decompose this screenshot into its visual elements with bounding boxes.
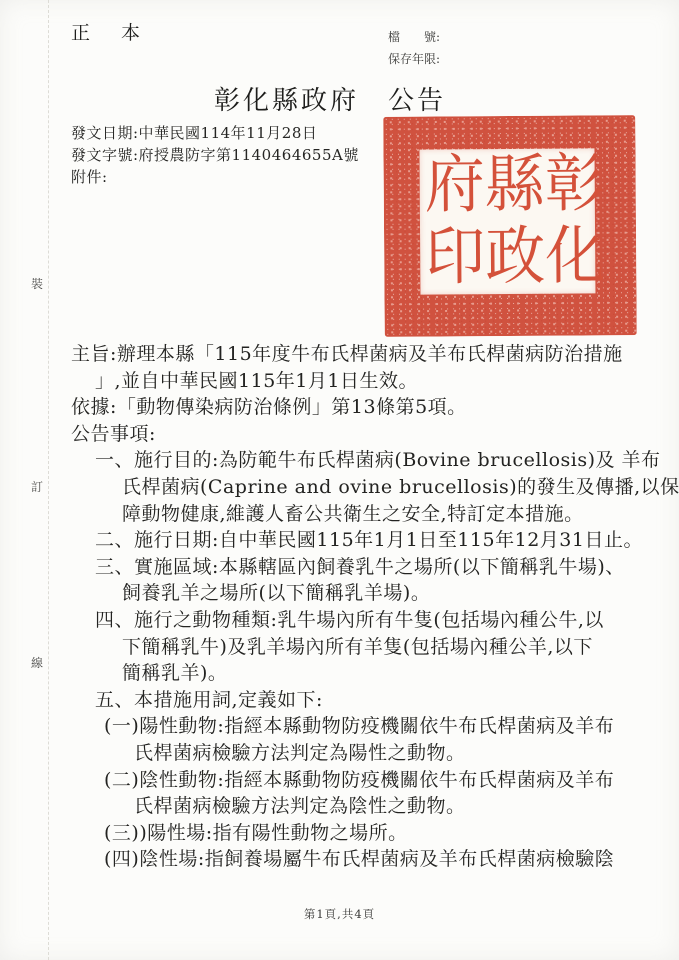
binding-mark-xian: 線 — [31, 657, 45, 669]
announcement-body: 主旨:辦理本縣「115年度牛布氏桿菌病及羊布氏桿菌病防治措施 」,並自中華民國1… — [71, 341, 656, 873]
body-line: 五、本措施用詞,定義如下: — [95, 687, 656, 714]
body-line: 」,並自中華民國115年1月1日生效。 — [95, 368, 656, 395]
body-line: 一、施行目的:為防範牛布氏桿菌病(Bovine brucellosis)及 羊布 — [95, 447, 656, 474]
body-line: 飼養乳羊之場所(以下簡稱乳羊場)。 — [122, 580, 656, 607]
document-page: 裝 訂 線 正 本 檔 號: 保存年限: 彰化縣政府 公告 發文日期:中華民國1… — [0, 0, 679, 960]
seal-script-column-3: 府印 — [419, 150, 480, 295]
official-seal: 彰化 縣政 府印 — [383, 115, 637, 337]
body-line: 下簡稱乳牛)及乳羊場內所有羊隻(包括場內種公羊,以下 — [122, 634, 656, 661]
binding-dotted-line — [48, 0, 49, 960]
retention-period-label: 保存年限: — [388, 48, 440, 70]
body-line: 依據:「動物傳染病防治條例」第13條第5項。 — [71, 394, 656, 421]
copy-type-label: 正 本 — [71, 18, 146, 45]
issue-date: 發文日期:中華民國114年11月28日 — [71, 122, 359, 144]
body-line: (四)陰性場:指飼養場屬牛布氏桿菌病及羊布氏桿菌病檢驗陰 — [104, 846, 656, 873]
file-number-label: 檔 號: — [388, 26, 440, 48]
binding-mark-zhuang: 裝 — [31, 278, 45, 290]
page-number: 第1頁,共4頁 — [0, 906, 679, 922]
body-line: 主旨:辦理本縣「115年度牛布氏桿菌病及羊布氏桿菌病防治措施 — [71, 341, 656, 368]
body-line: 三、實施區域:本縣轄區內飼養乳牛之場所(以下簡稱乳牛場)、 — [95, 554, 656, 581]
body-line: 四、施行之動物種類:乳牛場內所有牛隻(包括場內種公牛,以 — [95, 607, 656, 634]
file-info-block: 檔 號: 保存年限: — [388, 26, 440, 70]
body-line: 二、施行日期:自中華民國115年1月1日至115年12月31日止。 — [95, 527, 656, 554]
body-line: 簡稱乳羊)。 — [122, 660, 656, 687]
body-line: (三))陽性場:指有陽性動物之場所。 — [104, 820, 656, 847]
document-title: 彰化縣政府 公告 — [0, 80, 660, 117]
body-line: 氏桿菌病檢驗方法判定為陽性之動物。 — [134, 740, 656, 767]
document-meta: 發文日期:中華民國114年11月28日 發文字號:府授農防字第114046465… — [71, 122, 359, 188]
binding-mark-ding: 訂 — [31, 481, 45, 493]
body-line: 氏桿菌病檢驗方法判定為陰性之動物。 — [134, 793, 656, 820]
seal-script-column-2: 縣政 — [479, 149, 540, 294]
body-line: (二)陰性動物:指經本縣動物防疫機關依牛布氏桿菌病及羊布 — [104, 767, 656, 794]
seal-script-column-1: 彰化 — [539, 149, 600, 294]
body-line: 公告事項: — [71, 421, 656, 448]
official-seal-inner: 彰化 縣政 府印 — [419, 148, 595, 294]
document-number: 發文字號:府授農防字第1140464655A號 — [71, 144, 359, 166]
body-line: 障動物健康,維護人畜公共衛生之安全,特訂定本措施。 — [122, 501, 656, 528]
body-line: (一)陽性動物:指經本縣動物防疫機關依牛布氏桿菌病及羊布 — [104, 713, 656, 740]
body-line: 氏桿菌病(Caprine and ovine brucellosis)的發生及傳… — [122, 474, 656, 501]
attachment-label: 附件: — [71, 166, 359, 188]
